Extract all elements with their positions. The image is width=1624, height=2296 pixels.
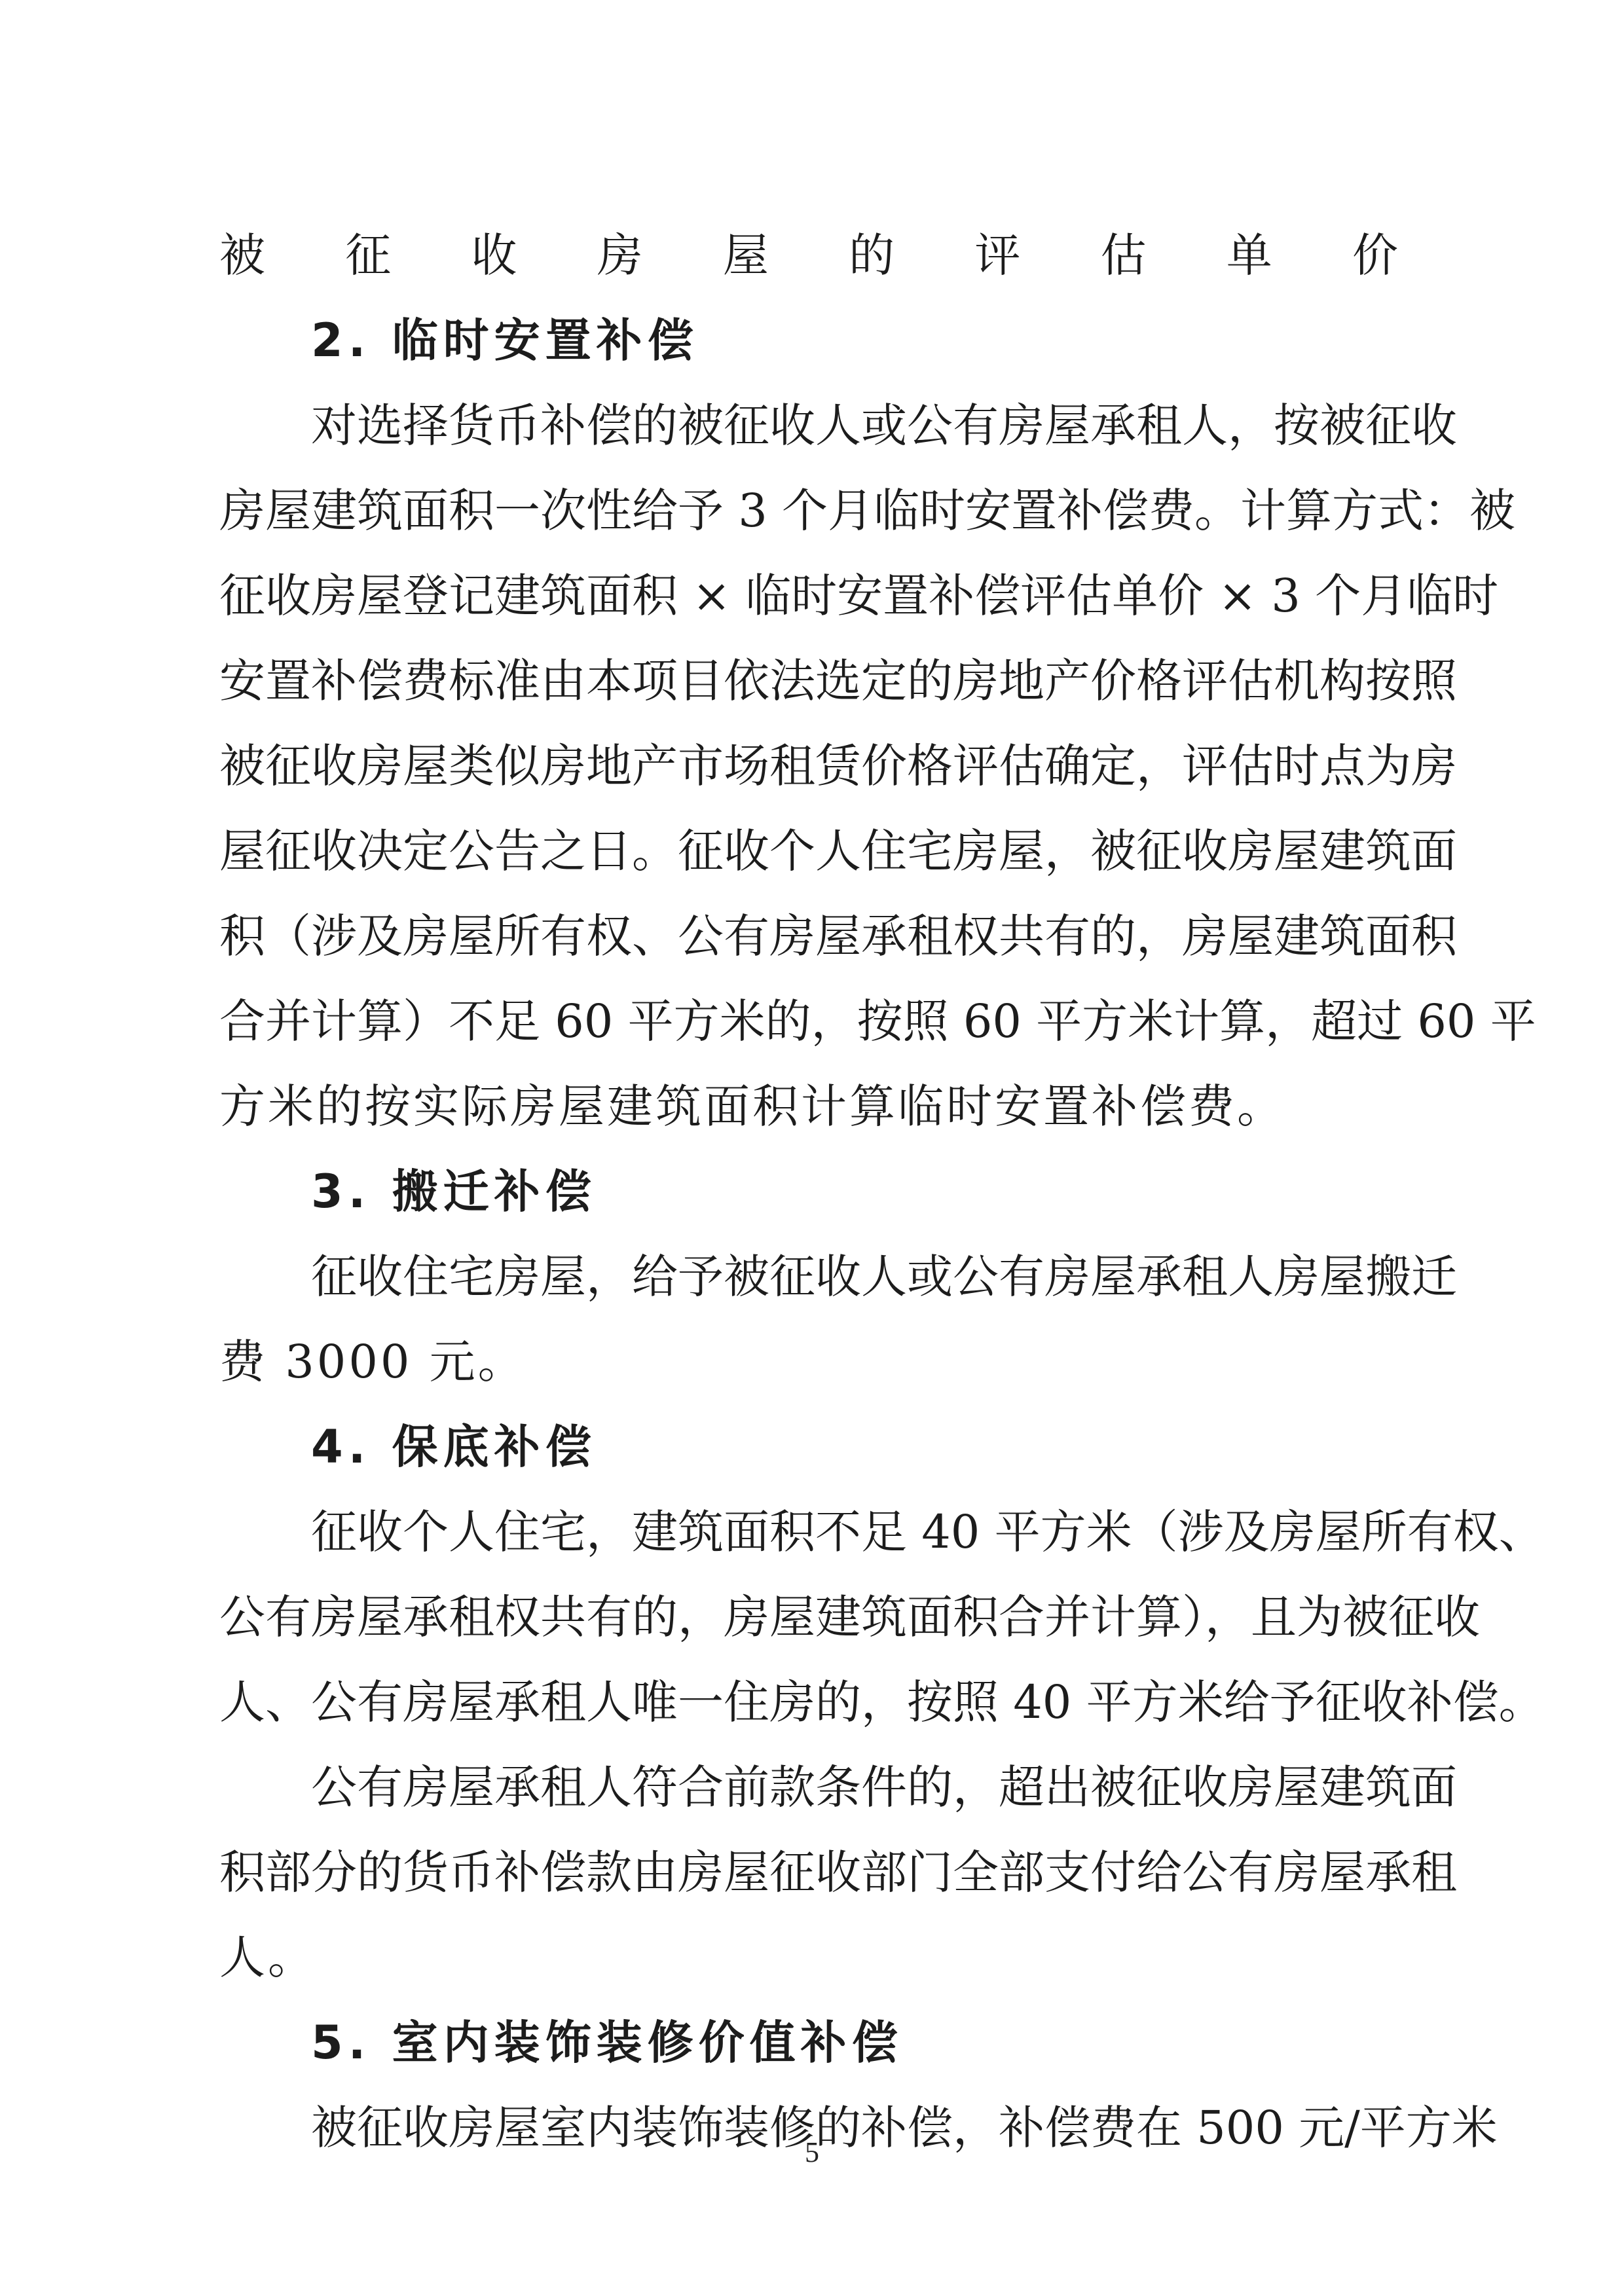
body-line: 征收住宅房屋，给予被征收人或公有房屋承租人房屋搬迁 <box>219 1244 1398 1329</box>
section-heading-relocation: 3. 搬迁补偿 <box>219 1159 1398 1244</box>
page-number: 5 <box>0 2136 1624 2169</box>
body-line: 对选择货币补偿的被征收人或公有房屋承租人，按被征收 <box>219 393 1398 478</box>
body-line: 被征收房屋的评估单价 <box>219 223 1398 308</box>
section-heading-temporary-resettlement: 2. 临时安置补偿 <box>219 308 1398 393</box>
document-body: 被征收房屋的评估单价 2. 临时安置补偿 对选择货币补偿的被征收人或公有房屋承租… <box>219 223 1398 2180</box>
body-line: 积（涉及房屋所有权、公有房屋承租权共有的，房屋建筑面积 <box>219 903 1398 989</box>
body-line: 费 3000 元。 <box>219 1329 1398 1414</box>
body-line: 房屋建筑面积一次性给予 3 个月临时安置补偿费。计算方式：被 <box>219 478 1398 563</box>
body-line: 屋征收决定公告之日。征收个人住宅房屋，被征收房屋建筑面 <box>219 818 1398 903</box>
body-line: 征收个人住宅，建筑面积不足 40 平方米（涉及房屋所有权、 <box>219 1499 1398 1584</box>
body-line: 公有房屋承租权共有的，房屋建筑面积合并计算），且为被征收 <box>219 1584 1398 1669</box>
body-line: 征收房屋登记建筑面积 × 临时安置补偿评估单价 × 3 个月临时 <box>219 563 1398 648</box>
body-line: 安置补偿费标准由本项目依法选定的房地产价格评估机构按照 <box>219 648 1398 733</box>
body-line: 公有房屋承租人符合前款条件的，超出被征收房屋建筑面 <box>219 1755 1398 1840</box>
body-line: 合并计算）不足 60 平方米的，按照 60 平方米计算，超过 60 平 <box>219 989 1398 1074</box>
body-line: 被征收房屋类似房地产市场租赁价格评估确定，评估时点为房 <box>219 733 1398 818</box>
body-line: 人、公有房屋承租人唯一住房的，按照 40 平方米给予征收补偿。 <box>219 1669 1398 1755</box>
section-heading-minimum-compensation: 4. 保底补偿 <box>219 1414 1398 1499</box>
body-line: 积部分的货币补偿款由房屋征收部门全部支付给公有房屋承租 <box>219 1840 1398 1925</box>
body-line: 方米的按实际房屋建筑面积计算临时安置补偿费。 <box>219 1074 1398 1159</box>
section-heading-decoration-compensation: 5. 室内装饰装修价值补偿 <box>219 2010 1398 2095</box>
body-line: 人。 <box>219 1925 1398 2010</box>
